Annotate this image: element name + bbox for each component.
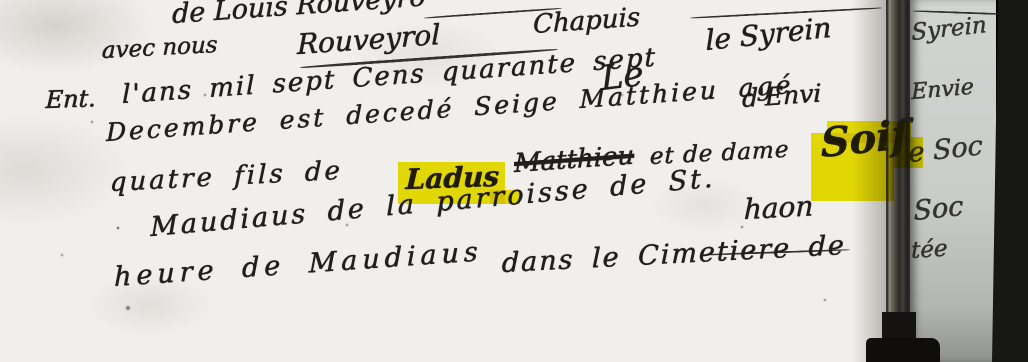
handwriting-avec-nous: avec nous — [102, 34, 218, 63]
facing-page-word-envie: Envie — [911, 77, 974, 105]
facing-page-word-tee: tée — [911, 237, 947, 263]
facing-page-word-soc: Soc — [913, 193, 964, 225]
highlight-region-name — [398, 162, 505, 204]
highlight-region-gutter-tab — [893, 137, 923, 168]
highlight-region-gutter-main — [811, 133, 894, 201]
facing-page-edge — [910, 0, 996, 362]
handwriting-st-haon: haon — [744, 192, 814, 224]
handwriting-margin-ent: Ent. — [45, 86, 96, 112]
register-scan: de Louis Rouveyro Chapuis avec nous Rouv… — [0, 0, 1028, 362]
highlight-region-name-tail — [490, 190, 520, 204]
binding-clamp-base — [866, 338, 940, 362]
